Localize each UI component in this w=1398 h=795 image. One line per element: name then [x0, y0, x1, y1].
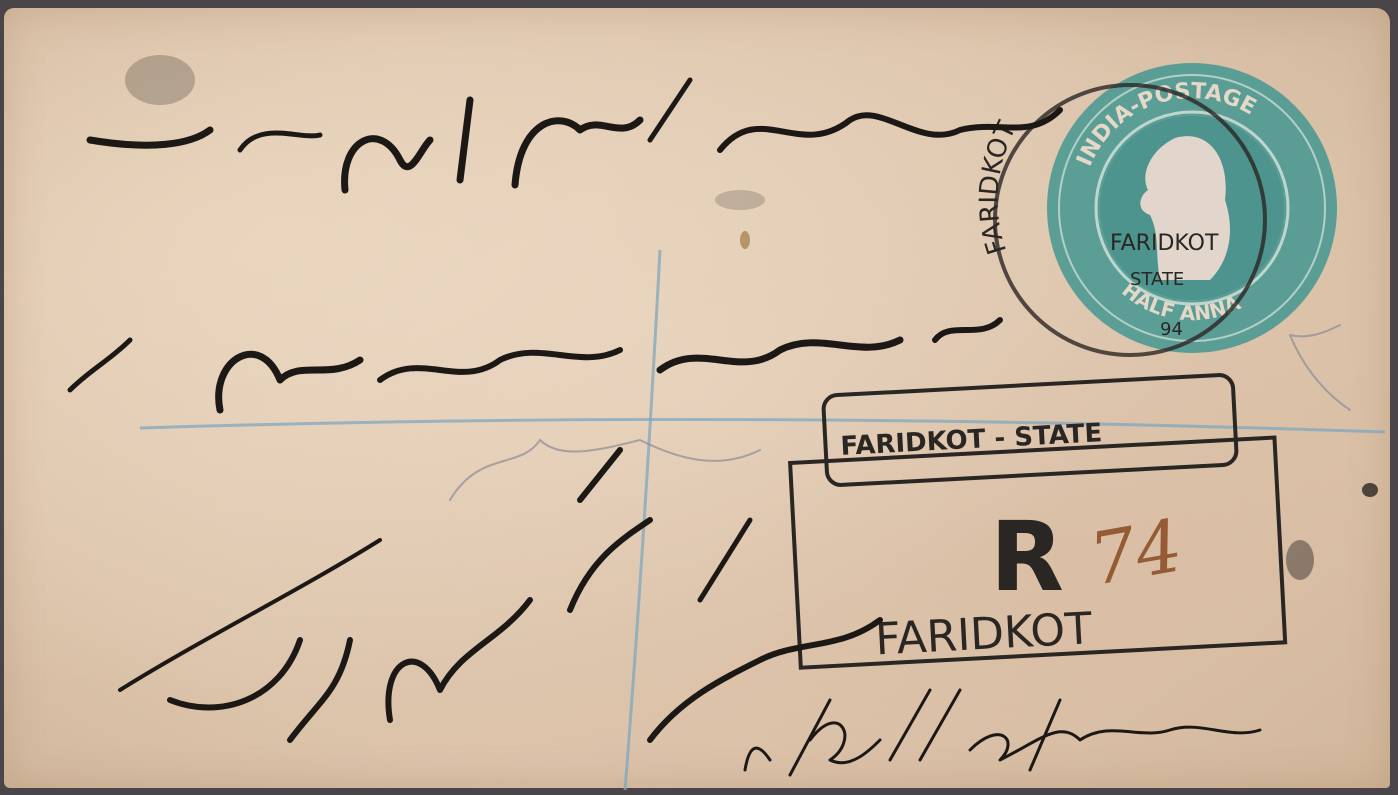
- overprint-line1: FARIDKOT: [1110, 231, 1219, 256]
- stamp-indicium: INDIA-POSTAGE HALF ANNA FARIDKOT STATE: [1047, 63, 1337, 353]
- postmark-arc-text: FARIDKOT: [975, 117, 1023, 258]
- ink-smudge: [125, 55, 195, 105]
- stain-spot: [740, 231, 750, 249]
- registration-handstamp: FARIDKOT - STATE R FARIDKOT 74: [790, 374, 1285, 667]
- ink-smudge: [715, 190, 765, 210]
- postmark-year: 94: [1160, 319, 1183, 340]
- envelope-markings: INDIA-POSTAGE HALF ANNA FARIDKOT STATE F…: [0, 0, 1398, 795]
- registration-number: 74: [1084, 503, 1189, 602]
- registration-letter: R: [990, 501, 1064, 613]
- ink-smudge: [1286, 540, 1314, 580]
- pencil-mark: [1290, 325, 1350, 410]
- blue-crayon-horizontal-line: [140, 419, 1385, 432]
- blue-crayon-vertical-line: [625, 250, 660, 790]
- kottapura-handwriting: [745, 690, 1260, 775]
- ink-spot: [1362, 483, 1378, 497]
- overprint-line2: STATE: [1130, 269, 1184, 290]
- svg-text:FARIDKOT: FARIDKOT: [975, 117, 1023, 258]
- registration-footer: FARIDKOT: [874, 603, 1093, 665]
